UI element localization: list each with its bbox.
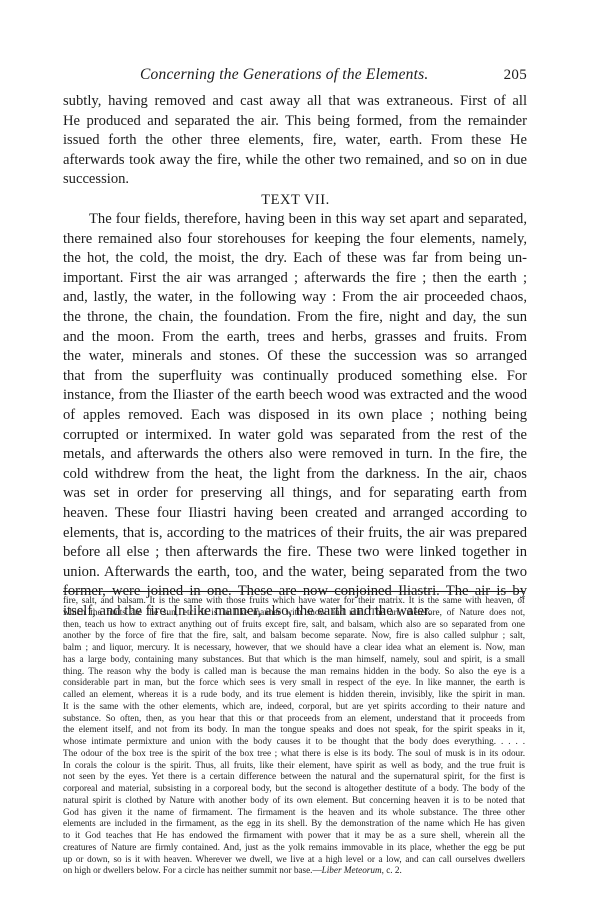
footnote-line: then, teach us how to extract anything o… [63, 619, 525, 631]
text-line: there remained also four storehouses for… [63, 230, 527, 250]
footnote-line: elements are included in the firmament, … [63, 818, 525, 830]
text-line: He produced and separated the air. This … [63, 112, 527, 132]
running-title: Concerning the Generations of the Elemen… [140, 66, 428, 84]
text-line: subtly, having removed and cast away all… [63, 92, 527, 112]
running-head: Concerning the Generations of the Elemen… [63, 66, 527, 88]
text-line: afterwards took away the fire, while the… [63, 151, 527, 171]
paragraph-text-vii: The four fields, therefore, having been … [63, 210, 527, 621]
citation-reference: , c. 2. [382, 865, 402, 875]
text-line: was set in order for preserving all thin… [63, 484, 527, 504]
text-line: important. First the air was arranged ; … [63, 269, 527, 289]
footnote-line: called an element, whereas it is a rude … [63, 689, 525, 701]
text-line: of apples removed. Each was disposed in … [63, 406, 527, 426]
text-line: The four fields, therefore, having been … [63, 210, 527, 230]
text-line: metals, and afterwards the others also w… [63, 445, 527, 465]
footnote-line: It is the same with the other elements, … [63, 701, 525, 713]
footnote-line: balm ; and liquor, mercury. It is necess… [63, 642, 525, 654]
citation-title: Liber Meteorum [322, 865, 382, 875]
text-line: elements, that is, according to the matr… [63, 524, 527, 544]
footnote-line: the element itself, and not from its bod… [63, 724, 525, 736]
text-line: cold withdrew from the heat, the light f… [63, 465, 527, 485]
footnote-line: not seen by the eyes. Yet there is a cer… [63, 771, 525, 783]
text-line: that from the superfluity was continuall… [63, 367, 527, 387]
text-line: before all else ; then afterwards the fi… [63, 543, 527, 563]
footnote-line: up or down, so is it with heaven. Wherev… [63, 854, 525, 866]
text-line: and, lastly, the water, in the following… [63, 288, 527, 308]
text-line: succession. [63, 170, 527, 190]
footnote-line: natural spirit is clothed by Nature with… [63, 795, 525, 807]
paragraph-continued: subtly, having removed and cast away all… [63, 92, 527, 190]
footnote-line: corporeal and material, subsisting in a … [63, 783, 525, 795]
footnote-line: thing. The reason why the body is called… [63, 666, 525, 678]
footnote-block: fire, salt, and balsam. It is the same w… [63, 595, 525, 877]
book-page: Concerning the Generations of the Elemen… [0, 0, 591, 920]
footnote-line: In corals the colour is the spirit. Thus… [63, 760, 525, 772]
footnote-line: another by the force of fire that the fi… [63, 630, 525, 642]
footnote-line: creatures of Nature are firmly contained… [63, 842, 525, 854]
footnote-divider [63, 591, 525, 592]
footnote-line: fire, salt, and balsam. It is the same w… [63, 595, 525, 607]
text-line: issued forth the other three elements, f… [63, 131, 527, 151]
footnote-line: has a large body, containing many substa… [63, 654, 525, 666]
page-number: 205 [504, 67, 527, 84]
text-line: instance, from the Iliaster of the earth… [63, 386, 527, 406]
text-line: and the moon. From the earth, trees and … [63, 328, 527, 348]
footnote-line: considerable part in man, but the force … [63, 677, 525, 689]
footnote-text: on high or dwellers below. For a circle … [63, 865, 322, 875]
footnote-line: which the fruits are the sun, etc. It is… [63, 607, 525, 619]
text-line: the throne, the chain, the foundation. F… [63, 308, 527, 328]
text-line: union. Afterwards the earth, too, and th… [63, 563, 527, 583]
text-line: corrupted or intermixed. In water gold w… [63, 426, 527, 446]
footnote-line: substance. So often, then, as you hear t… [63, 713, 525, 725]
footnote-line: God has given it the name of firmament. … [63, 807, 525, 819]
footnote-last-line: on high or dwellers below. For a circle … [63, 865, 525, 877]
text-line: heaven. These four Iliastri having been … [63, 504, 527, 524]
text-line: the hot, the cold, the moist, the dry. E… [63, 249, 527, 269]
section-heading: TEXT VII. [0, 192, 591, 209]
footnote-line: to it God teaches that He has endowed th… [63, 830, 525, 842]
footnote-line: The odour of the box tree is the spirit … [63, 748, 525, 760]
text-line: the water, minerals and stones. Of these… [63, 347, 527, 367]
footnote-line: whose intimate permixture and union with… [63, 736, 525, 748]
